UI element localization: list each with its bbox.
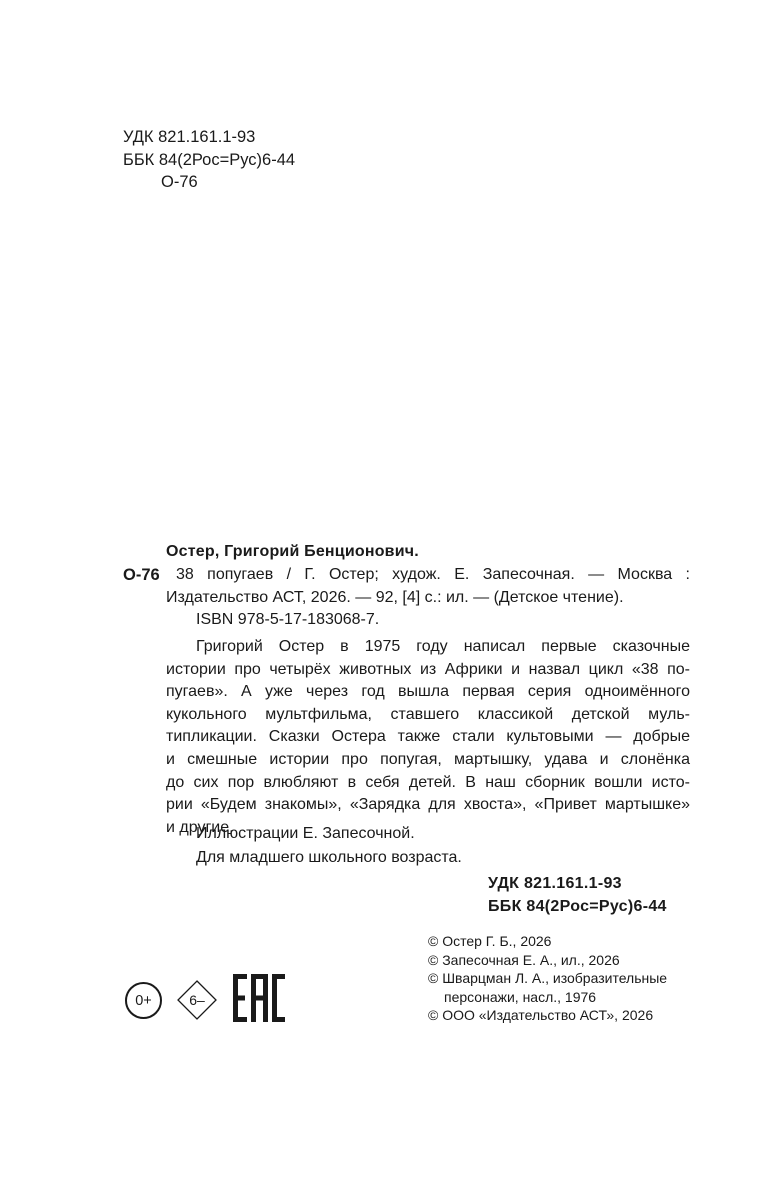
copyright-line: персонажи, насл., 1976 bbox=[428, 988, 667, 1007]
footer-udk-code: УДК 821.161.1-93 bbox=[488, 873, 667, 896]
age-rating-badge: 0+ bbox=[125, 982, 162, 1019]
top-library-codes: УДК 821.161.1-93 ББК 84(2Рос=Рус)6-44 О-… bbox=[123, 126, 295, 194]
udk-code: УДК 821.161.1-93 bbox=[123, 126, 295, 149]
annotation-line: истории про четырёх животных из Африки и… bbox=[166, 659, 690, 682]
footer-bbk-code: ББК 84(2Рос=Рус)6-44 bbox=[488, 896, 667, 919]
diamond-icon: 6– bbox=[177, 980, 217, 1020]
catalog-author-mark: О-76 bbox=[123, 564, 160, 586]
footer-library-codes: УДК 821.161.1-93 ББК 84(2Рос=Рус)6-44 bbox=[488, 873, 667, 918]
bbk-code: ББК 84(2Рос=Рус)6-44 bbox=[123, 149, 295, 172]
reading-level-badge: 6– bbox=[177, 980, 217, 1020]
catalog-title-line: 38 попугаев / Г. Остер; худож. Е. Запесо… bbox=[166, 564, 690, 587]
annotation-notes: Иллюстрации Е. Запесочной. Для младшего … bbox=[196, 822, 462, 870]
eac-mark-icon bbox=[233, 974, 285, 1022]
annotation-line: пугаев». А уже через год вышла первая се… bbox=[166, 681, 690, 704]
copyright-line: © Шварцман Л. А., изобразительные bbox=[428, 969, 667, 988]
annotation-line: рии «Будем знакомы», «Зарядка для хвоста… bbox=[166, 794, 690, 817]
isbn: ISBN 978-5-17-183068-7. bbox=[196, 609, 379, 631]
eac-certification-mark bbox=[233, 974, 285, 1022]
reading-level-text: 6– bbox=[189, 992, 205, 1008]
author-mark: О-76 bbox=[123, 171, 295, 194]
catalog-author: Остер, Григорий Бенционович. bbox=[166, 541, 419, 563]
annotation-line: до сих пор влюбляют в себя детей. В наш … bbox=[166, 772, 690, 795]
copyright-line: © ООО «Издательство АСТ», 2026 bbox=[428, 1006, 667, 1025]
age-note: Для младшего школьного возраста. bbox=[196, 846, 462, 870]
illustrations-note: Иллюстрации Е. Запесочной. bbox=[196, 822, 462, 846]
age-rating-text: 0+ bbox=[135, 993, 152, 1009]
copyright-line: © Запесочная Е. А., ил., 2026 bbox=[428, 951, 667, 970]
annotation-line: Григорий Остер в 1975 году написал первы… bbox=[166, 636, 690, 659]
annotation-line: и смешные истории про попугая, мартышку,… bbox=[166, 749, 690, 772]
catalog-title-block: 38 попугаев / Г. Остер; худож. Е. Запесо… bbox=[166, 564, 690, 609]
annotation-line: кукольного мультфильма, ставшего классик… bbox=[166, 704, 690, 727]
catalog-publisher-line: Издательство АСТ, 2026. — 92, [4] с.: ил… bbox=[166, 587, 690, 610]
copyright-line: © Остер Г. Б., 2026 bbox=[428, 932, 667, 951]
annotation-paragraph: Григорий Остер в 1975 году написал первы… bbox=[166, 636, 690, 839]
copyright-block: © Остер Г. Б., 2026 © Запесочная Е. А., … bbox=[428, 932, 667, 1025]
annotation-line: типликации. Сказки Остера также стали ку… bbox=[166, 726, 690, 749]
